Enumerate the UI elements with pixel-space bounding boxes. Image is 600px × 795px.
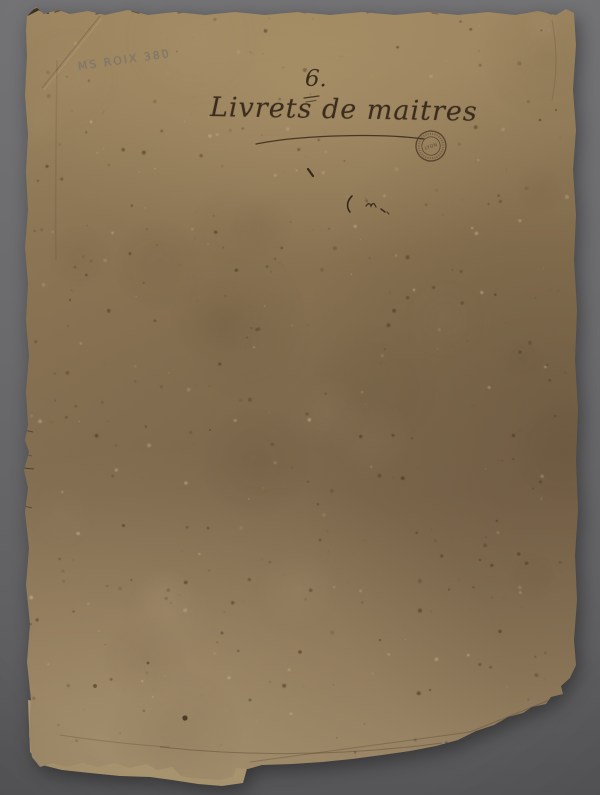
handwritten-number: 6. bbox=[305, 66, 328, 93]
handwritten-title: Livrets de maitres bbox=[210, 92, 490, 128]
stamp-center-label: LYON bbox=[424, 142, 438, 152]
library-stamp: LYON bbox=[411, 126, 451, 166]
document-cover: MS ROIX 380 6. Livrets de maitres bbox=[0, 0, 600, 795]
photograph: MS ROIX 380 6. Livrets de maitres bbox=[0, 0, 600, 795]
paper-stack: MS ROIX 380 6. Livrets de maitres bbox=[0, 0, 600, 795]
